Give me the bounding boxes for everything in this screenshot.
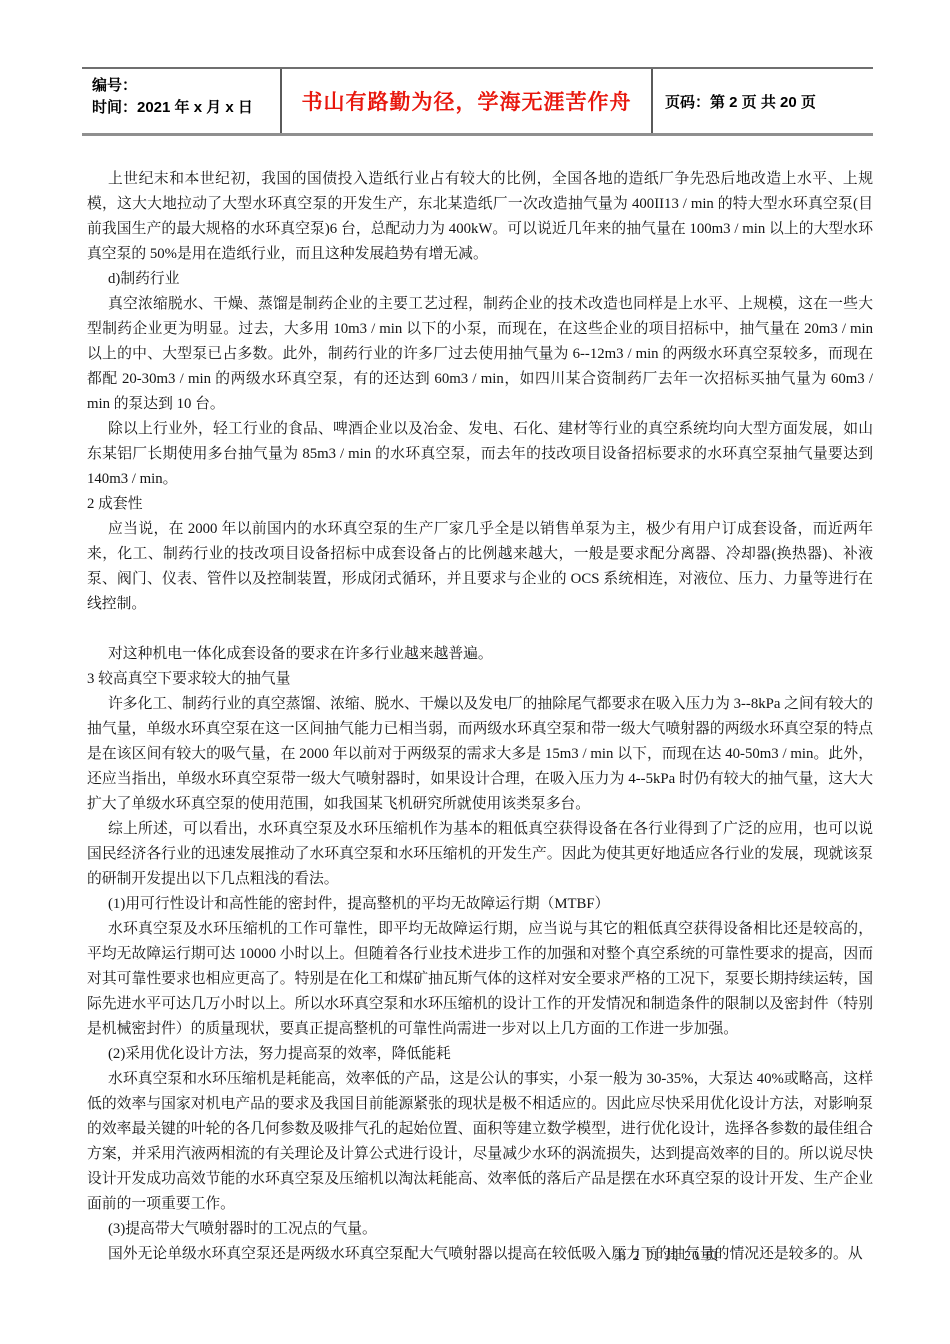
- document-page: 编号： 时间：2021 年 x 月 x 日 书山有路勤为径，学海无涯苦作舟 页码…: [0, 0, 950, 1344]
- footer-page-indicator: 第 2 页 共 20 页: [613, 1249, 720, 1264]
- paragraph: (2)采用优化设计方法，努力提高泵的效率，降低能耗: [87, 1042, 873, 1067]
- page-number-label: 页码：第 2 页 共 20 页: [665, 91, 816, 112]
- header-cell-page: 页码：第 2 页 共 20 页: [653, 69, 871, 133]
- paragraph: 综上所述，可以看出，水环真空泵及水环压缩机作为基本的粗低真空获得设备在各行业得到…: [87, 817, 873, 892]
- blank-line: [87, 617, 873, 642]
- document-body: 上世纪末和本世纪初，我国的国债投入造纸行业占有较大的比例，全国各地的造纸厂争先恐…: [87, 167, 873, 1267]
- paragraph: (1)用可行性设计和高性能的密封件，提高整机的平均无故障运行期（MTBF）: [87, 892, 873, 917]
- page-footer: 第 2 页 共 20 页: [613, 1245, 720, 1265]
- paragraph: d)制药行业: [87, 267, 873, 292]
- paragraph: 对这种机电一体化成套设备的要求在许多行业越来越普遍。: [87, 642, 873, 667]
- paragraph: 水环真空泵及水环压缩机的工作可靠性，即平均无故障运行期，应当说与其它的粗低真空获…: [87, 917, 873, 1042]
- paragraph: (3)提高带大气喷射器时的工况点的气量。: [87, 1217, 873, 1242]
- paragraph: 上世纪末和本世纪初，我国的国债投入造纸行业占有较大的比例，全国各地的造纸厂争先恐…: [87, 167, 873, 267]
- header-table: 编号： 时间：2021 年 x 月 x 日 书山有路勤为径，学海无涯苦作舟 页码…: [82, 67, 873, 136]
- paragraph: 除以上行业外，轻工行业的食品、啤酒企业以及冶金、发电、石化、建材等行业的真空系统…: [87, 417, 873, 492]
- paragraph: 国外无论单级水环真空泵还是两级水环真空泵配大气喷射器以提高在较低吸入压力下的抽气…: [87, 1242, 873, 1267]
- section-heading: 3 较高真空下要求较大的抽气量: [87, 667, 873, 692]
- doc-time-label: 时间：2021 年 x 月 x 日: [92, 97, 280, 119]
- doc-number-label: 编号：: [92, 75, 280, 97]
- paragraph: 许多化工、制药行业的真空蒸馏、浓缩、脱水、干燥以及发电厂的抽除尾气都要求在吸入压…: [87, 692, 873, 817]
- paragraph: 真空浓缩脱水、干燥、蒸馏是制药企业的主要工艺过程，制药企业的技术改造也同样是上水…: [87, 292, 873, 417]
- paragraph: 应当说，在 2000 年以前国内的水环真空泵的生产厂家几乎全是以销售单泵为主，极…: [87, 517, 873, 617]
- header-cell-info: 编号： 时间：2021 年 x 月 x 日: [82, 69, 280, 133]
- paragraph: 水环真空泵和水环压缩机是耗能高，效率低的产品，这是公认的事实，小泵一般为 30-…: [87, 1067, 873, 1217]
- section-heading: 2 成套性: [87, 492, 873, 517]
- header-cell-slogan: 书山有路勤为径，学海无涯苦作舟: [280, 69, 653, 133]
- slogan-text: 书山有路勤为径，学海无涯苦作舟: [302, 86, 632, 116]
